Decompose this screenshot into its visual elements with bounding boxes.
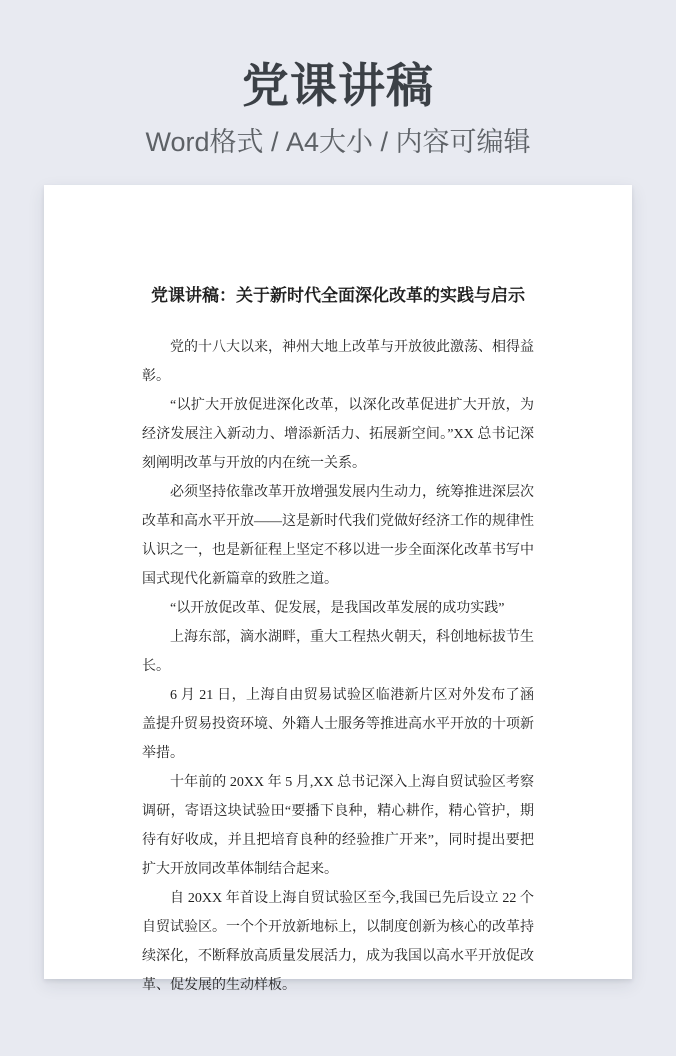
page-background: 党课讲稿 Word格式 / A4大小 / 内容可编辑 党课讲稿：关于新时代全面深… — [0, 0, 676, 1056]
document-paragraph-4: “以开放促改革、促发展，是我国改革发展的成功实践” — [142, 594, 534, 623]
document-title: 党课讲稿：关于新时代全面深化改革的实践与启示 — [142, 284, 534, 308]
document-paragraph-2: “以扩大开放促进深化改革，以深化改革促进扩大开放，为经济发展注入新动力、增添新活… — [142, 391, 534, 478]
document-paragraph-6: 6 月 21 日，上海自由贸易试验区临港新片区对外发布了涵盖提升贸易投资环境、外… — [142, 681, 534, 768]
document-paragraph-1: 党的十八大以来，神州大地上改革与开放彼此激荡、相得益彰。 — [142, 333, 534, 391]
document-paragraph-5: 上海东部，滴水湖畔，重大工程热火朝天，科创地标拔节生长。 — [142, 623, 534, 681]
banner-subtitle: Word格式 / A4大小 / 内容可编辑 — [0, 126, 676, 158]
banner-title: 党课讲稿 — [0, 60, 676, 112]
document-paragraph-3: 必须坚持依靠改革开放增强发展内生动力，统筹推进深层次改革和高水平开放——这是新时… — [142, 478, 534, 594]
document-page: 党课讲稿：关于新时代全面深化改革的实践与启示 党的十八大以来，神州大地上改革与开… — [44, 185, 632, 979]
document-paragraph-7: 十年前的 20XX 年 5 月,XX 总书记深入上海自贸试验区考察调研，寄语这块… — [142, 768, 534, 884]
document-paragraph-8: 自 20XX 年首设上海自贸试验区至今,我国已先后设立 22 个自贸试验区。一个… — [142, 884, 534, 1000]
